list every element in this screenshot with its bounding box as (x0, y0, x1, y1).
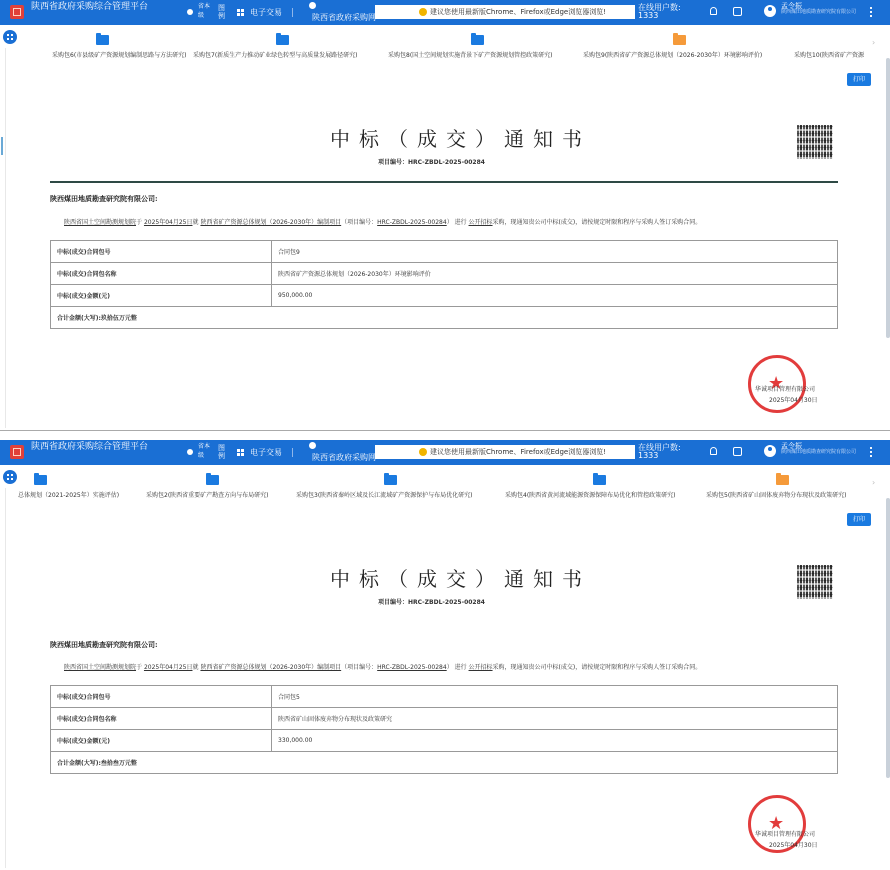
project-code: HRC-ZBDL-2025-00284 (377, 664, 447, 671)
more-vertical-icon[interactable] (870, 6, 872, 18)
notice-body: 陕西省国土空间勘测规划院于 2025年04月25日就 陕西省矿产资源总体规划（2… (64, 217, 701, 226)
bell-icon[interactable] (710, 7, 717, 15)
header-rule (50, 181, 838, 183)
purchaser: 陕西省国土空间勘测规划院 (64, 219, 136, 226)
app-title: 陕西省政府采购综合管理平台 (31, 2, 161, 12)
top-bar: 陕西省政府采购综合管理平台 省本级 图例 电子交易 陕西省政府采购网 建议您使用… (0, 0, 890, 25)
signature-date: 2025年04月30日 (769, 840, 818, 849)
sidebar-edge (5, 48, 6, 428)
project-name: 陕西省矿产资源总体规划（2026-2030年）编制项目 (200, 664, 341, 671)
region-selector[interactable]: 省本级 (198, 2, 212, 20)
print-button[interactable]: 打印 (847, 513, 871, 526)
more-vertical-icon[interactable] (870, 446, 872, 458)
folder-icon (96, 35, 109, 45)
nav-e-trading[interactable]: 电子交易 (250, 7, 282, 18)
avatar[interactable] (764, 5, 776, 17)
online-users: 在线用户数: 1333 (638, 4, 681, 20)
home-icon (309, 442, 316, 449)
addressee: 陕西煤田地质勘查研究院有限公司: (50, 640, 158, 650)
top-bar: 陕西省政府采购综合管理平台 省本级 图例 电子交易 陕西省政府采购网 建议您使用… (0, 440, 890, 465)
package-tabs: 总体规划（2021-2025年）实施评估) 采购包2(陕西省重要矿产勘查方向与布… (0, 472, 870, 502)
online-users-count: 1333 (638, 12, 681, 20)
user-org: 陕西煤田地质勘查研究院有限公司 (781, 449, 861, 455)
browser-notice: 建议您使用最新版Chrome、Firefox或Edge浏览器浏览! (375, 445, 635, 459)
table-row: 中标(成交)合同包名称陕西省矿山固体废弃物分布现状及政策研究 (51, 708, 838, 730)
avatar[interactable] (764, 445, 776, 457)
package-tab[interactable]: 采购包3(陕西省秦岭区域及长江流域矿产资源保护与布局优化研究) (296, 472, 486, 502)
nav-procurement-site[interactable]: 陕西省政府采购网 (312, 452, 376, 463)
notice-body: 陕西省国土空间勘测规划院于 2025年04月25日就 陕西省矿产资源总体规划（2… (64, 662, 701, 671)
package-tab[interactable]: 采购包7(新质生产力推动矿业绿色转型与高质量发展路径研究) (193, 32, 373, 62)
scrollbar[interactable] (886, 498, 890, 778)
package-tab[interactable]: 采购包10(陕西省矿产资源 (794, 32, 869, 62)
folder-open-icon (776, 475, 789, 485)
project-code: HRC-ZBDL-2025-00284 (377, 219, 447, 226)
package-tabs: 采购包6(市县级矿产资源规划编制思路与方法研究) 采购包7(新质生产力推动矿业绿… (0, 32, 870, 62)
package-tab[interactable]: 总体规划（2021-2025年）实施评估) (18, 472, 133, 502)
browser-notice: 建议您使用最新版Chrome、Firefox或Edge浏览器浏览! (375, 5, 635, 19)
warning-icon (419, 8, 427, 16)
project-name: 陕西省矿产资源总体规划（2026-2030年）编制项目 (200, 219, 341, 226)
user-org: 陕西煤田地质勘查研究院有限公司 (781, 9, 861, 15)
qr-code (797, 565, 833, 599)
notice-date: 2025年04月25日 (144, 664, 193, 671)
folder-icon (384, 475, 397, 485)
project-number: 项目编号：HRC-ZBDL-2025-00284 (378, 597, 485, 606)
region-selector[interactable]: 省本级 (198, 442, 212, 460)
screenshot-1: 陕西省政府采购综合管理平台 省本级 图例 电子交易 陕西省政府采购网 建议您使用… (0, 0, 890, 431)
calendar-check-icon[interactable] (733, 7, 742, 16)
divider (292, 8, 293, 17)
award-table: 中标(成交)合同包号合同包5 中标(成交)合同包名称陕西省矿山固体废弃物分布现状… (50, 685, 838, 774)
nav-e-trading[interactable]: 电子交易 (250, 447, 282, 458)
folder-icon (276, 35, 289, 45)
table-row: 中标(成交)金额(元)330,000.00 (51, 730, 838, 752)
folder-icon (471, 35, 484, 45)
procurement-method: 公开招标 (469, 219, 493, 226)
package-tab-active[interactable]: 采购包5(陕西省矿山固体废弃物分布现状及政策研究) (706, 472, 861, 502)
signature-agency: 华诚项目管理有限公司 (755, 829, 815, 838)
package-tab[interactable]: 采购包4(陕西省黄河流域能源资源保障布局优化和管控政策研究) (505, 472, 695, 502)
grid-icon (237, 449, 244, 456)
addressee: 陕西煤田地质勘查研究院有限公司: (50, 194, 158, 204)
bell-icon[interactable] (710, 447, 717, 455)
nav-legend[interactable]: 图例 (218, 4, 227, 20)
table-row: 中标(成交)金额(元)950,000.00 (51, 285, 838, 307)
sidebar-marker (1, 137, 3, 155)
nav-procurement-site[interactable]: 陕西省政府采购网 (312, 12, 376, 23)
chevron-right-icon[interactable]: › (872, 38, 875, 47)
package-tab[interactable]: 采购包8(国土空间规划实施背景下矿产资源规划管控政策研究) (388, 32, 568, 62)
table-row-total: 合计金额(大写):玖拾伍万元整 (51, 307, 838, 329)
table-row: 中标(成交)合同包号合同包9 (51, 241, 838, 263)
chevron-right-icon[interactable]: › (872, 478, 875, 487)
divider (292, 448, 293, 457)
folder-icon (593, 475, 606, 485)
grid-icon (237, 9, 244, 16)
screenshot-2: 陕西省政府采购综合管理平台 省本级 图例 电子交易 陕西省政府采购网 建议您使用… (0, 440, 890, 870)
app-title: 陕西省政府采购综合管理平台 (31, 442, 161, 452)
online-users-count: 1333 (638, 452, 681, 460)
signature-agency: 华诚项目管理有限公司 (755, 384, 815, 393)
folder-icon (34, 475, 47, 485)
award-table: 中标(成交)合同包号合同包9 中标(成交)合同包名称陕西省矿产资源总体规划（20… (50, 240, 838, 329)
warning-icon (419, 448, 427, 456)
folder-icon (206, 475, 219, 485)
online-users: 在线用户数: 1333 (638, 444, 681, 460)
table-row: 中标(成交)合同包名称陕西省矿产资源总体规划（2026-2030年）环境影响评价 (51, 263, 838, 285)
sidebar-edge (5, 488, 6, 868)
package-tab[interactable]: 采购包6(市县级矿产资源规划编制思路与方法研究) (52, 32, 187, 62)
notice-title: 中标（成交）通知书 (330, 563, 591, 592)
purchaser: 陕西省国土空间勘测规划院 (64, 664, 136, 671)
notice-title: 中标（成交）通知书 (330, 123, 591, 152)
browser-notice-text: 建议您使用最新版Chrome、Firefox或Edge浏览器浏览! (430, 445, 606, 459)
package-tab-active[interactable]: 采购包9(陕西省矿产资源总体规划（2026-2030年）环境影响评价) (583, 32, 778, 62)
qr-code (797, 125, 833, 159)
procurement-method: 公开招标 (469, 664, 493, 671)
logo-icon (10, 5, 24, 19)
table-row-total: 合计金额(大写):叁拾叁万元整 (51, 752, 838, 774)
print-button[interactable]: 打印 (847, 73, 871, 86)
signature-date: 2025年04月30日 (769, 395, 818, 404)
logo-icon (10, 445, 24, 459)
calendar-check-icon[interactable] (733, 447, 742, 456)
package-tab[interactable]: 采购包2(陕西省重要矿产勘查方向与布局研究) (146, 472, 281, 502)
browser-notice-text: 建议您使用最新版Chrome、Firefox或Edge浏览器浏览! (430, 5, 606, 19)
location-icon (187, 9, 193, 15)
folder-open-icon (673, 35, 686, 45)
nav-legend[interactable]: 图例 (218, 444, 227, 460)
scrollbar[interactable] (886, 58, 890, 338)
home-icon (309, 2, 316, 9)
project-number: 项目编号：HRC-ZBDL-2025-00284 (378, 157, 485, 166)
notice-date: 2025年04月25日 (144, 219, 193, 226)
table-row: 中标(成交)合同包号合同包5 (51, 686, 838, 708)
location-icon (187, 449, 193, 455)
